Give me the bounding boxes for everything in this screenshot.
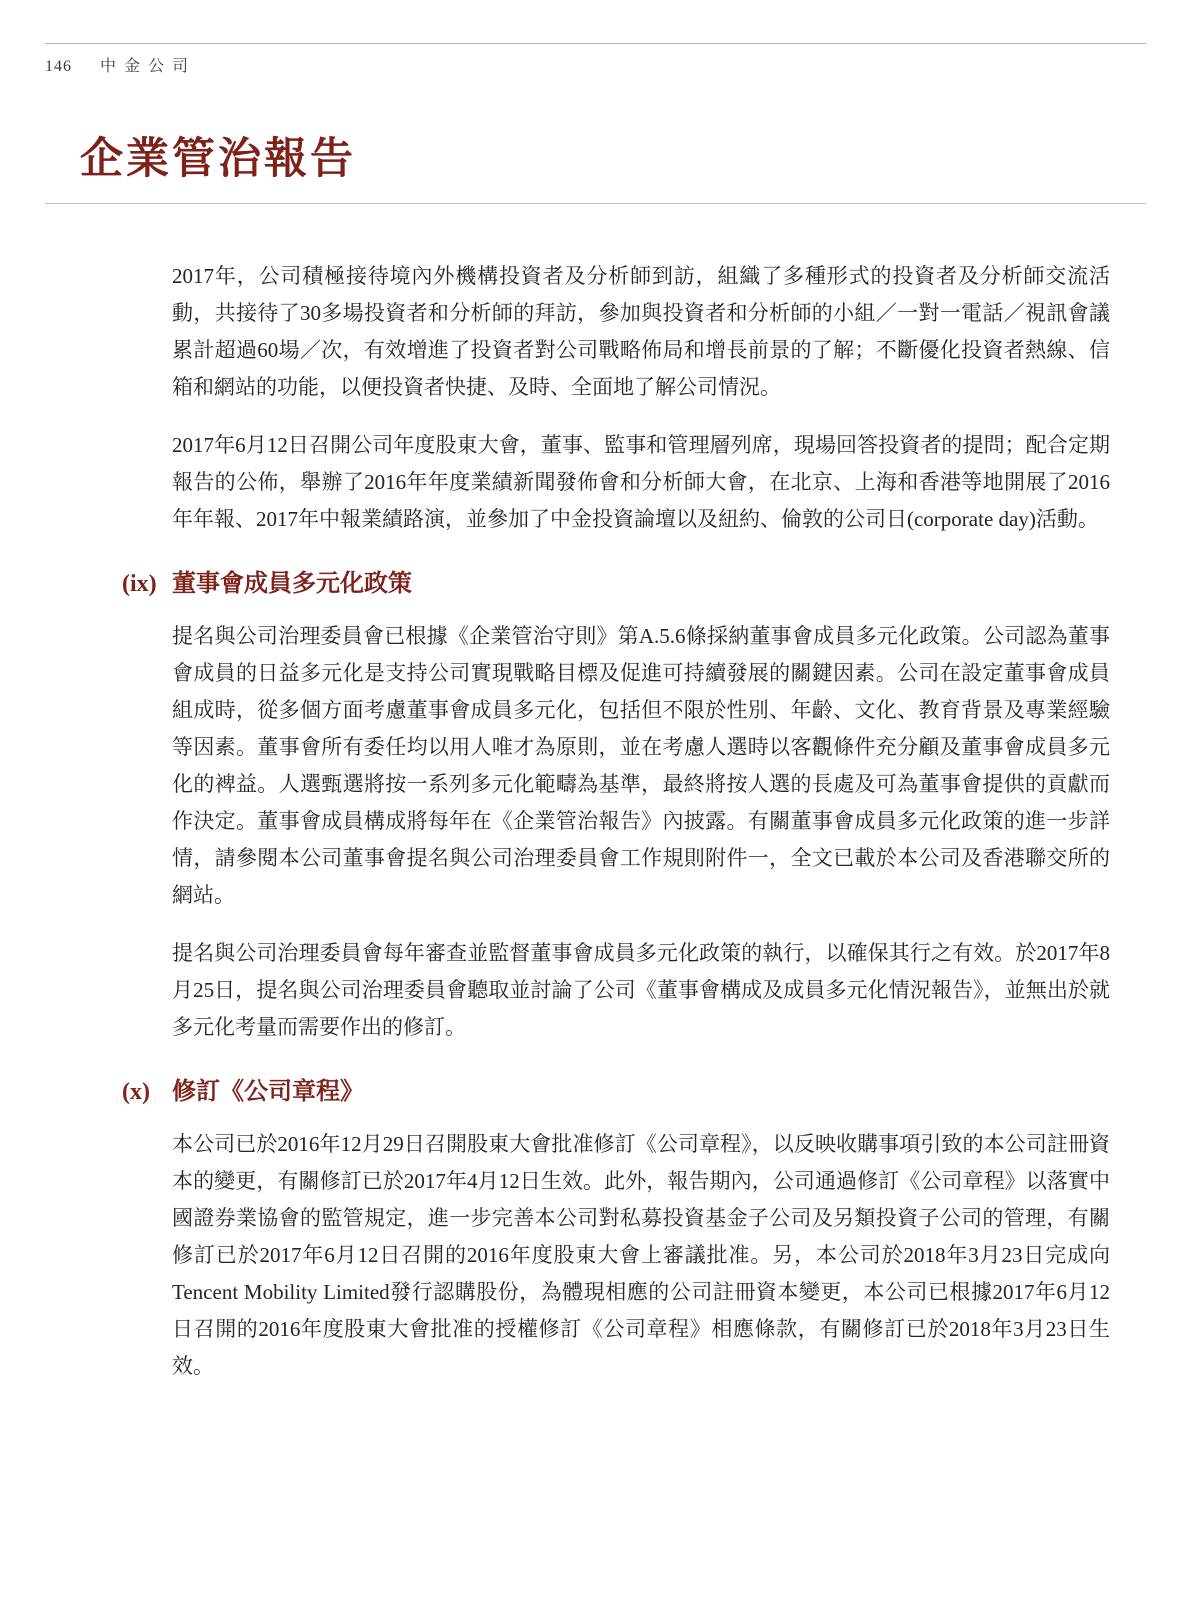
title-divider	[45, 203, 1146, 204]
header-divider	[45, 43, 1146, 44]
section-title-board-diversity: 董事會成員多元化政策	[172, 565, 412, 603]
page-number: 146	[45, 58, 72, 75]
content-area: 2017年，公司積極接待境內外機構投資者及分析師到訪，組織了多種形式的投資者及分…	[122, 258, 1110, 1406]
document-title: 企業管治報告	[80, 134, 356, 186]
section-heading-articles-amendment: (x) 修訂《公司章程》	[122, 1073, 1110, 1111]
paragraph-agm-results: 2017年6月12日召開公司年度股東大會，董事、監事和管理層列席，現場回答投資者…	[172, 427, 1110, 538]
paragraph-investor-activities: 2017年，公司積極接待境內外機構投資者及分析師到訪，組織了多種形式的投資者及分…	[172, 258, 1110, 406]
section-heading-board-diversity: (ix) 董事會成員多元化政策	[122, 565, 1110, 603]
paragraph-diversity-policy: 提名與公司治理委員會已根據《企業管治守則》第A.5.6條採納董事會成員多元化政策…	[172, 618, 1110, 914]
page-header: 146中金公司	[45, 53, 196, 76]
section-number-ix: (ix)	[122, 565, 172, 603]
paragraph-articles-amendment: 本公司已於2016年12月29日召開股東大會批准修訂《公司章程》，以反映收購事項…	[172, 1126, 1110, 1385]
company-name: 中金公司	[100, 58, 196, 75]
document-page: 146中金公司 企業管治報告 2017年，公司積極接待境內外機構投資者及分析師到…	[0, 0, 1190, 1615]
section-title-articles-amendment: 修訂《公司章程》	[172, 1073, 364, 1111]
paragraph-diversity-review: 提名與公司治理委員會每年審查並監督董事會成員多元化政策的執行，以確保其行之有效。…	[172, 935, 1110, 1046]
section-number-x: (x)	[122, 1073, 172, 1111]
